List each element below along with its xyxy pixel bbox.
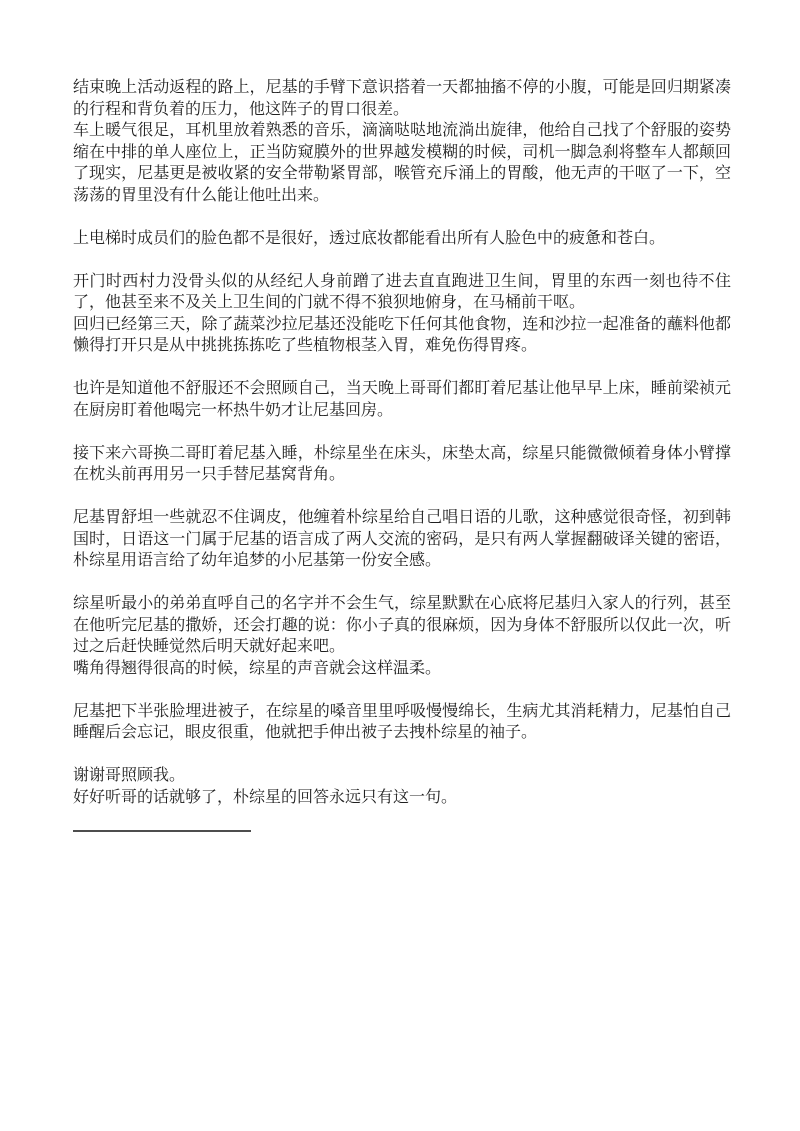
paragraph: 综星听最小的弟弟直呼自己的名字并不会生气，综星默默在心底将尼基归入家人的行列，甚… <box>73 593 731 658</box>
text-block: 接下来六哥换二哥盯着尼基入睡，朴综星坐在床头，床垫太高，综星只能微微倾着身体小臂… <box>73 443 731 486</box>
document-body: 结束晚上活动返程的路上，尼基的手臂下意识搭着一天都抽搐不停的小腹，可能是回归期紧… <box>73 77 731 832</box>
paragraph: 结束晚上活动返程的路上，尼基的手臂下意识搭着一天都抽搐不停的小腹，可能是回归期紧… <box>73 77 731 120</box>
section-divider <box>73 830 251 832</box>
text-block: 谢谢哥照顾我。 好好听哥的话就够了，朴综星的回答永远只有这一句。 <box>73 765 731 808</box>
document-page: 结束晚上活动返程的路上，尼基的手臂下意识搭着一天都抽搐不停的小腹，可能是回归期紧… <box>0 0 800 1131</box>
paragraph: 开门时西村力没骨头似的从经纪人身前蹭了进去直直跑进卫生间，胃里的东西一刻也待不住… <box>73 271 731 314</box>
paragraph: 接下来六哥换二哥盯着尼基入睡，朴综星坐在床头，床垫太高，综星只能微微倾着身体小臂… <box>73 443 731 486</box>
paragraph: 回归已经第三天，除了蔬菜沙拉尼基还没能吃下任何其他食物，连和沙拉一起准备的蘸料他… <box>73 314 731 357</box>
paragraph: 谢谢哥照顾我。 <box>73 765 731 787</box>
text-block: 也许是知道他不舒服还不会照顾自己，当天晚上哥哥们都盯着尼基让他早早上床，睡前梁祯… <box>73 378 731 421</box>
text-block: 开门时西村力没骨头似的从经纪人身前蹭了进去直直跑进卫生间，胃里的东西一刻也待不住… <box>73 271 731 357</box>
text-block: 尼基把下半张脸埋进被子，在综星的嗓音里里呼吸慢慢绵长，生病尤其消耗精力，尼基怕自… <box>73 701 731 744</box>
text-block: 结束晚上活动返程的路上，尼基的手臂下意识搭着一天都抽搐不停的小腹，可能是回归期紧… <box>73 77 731 206</box>
paragraph: 也许是知道他不舒服还不会照顾自己，当天晚上哥哥们都盯着尼基让他早早上床，睡前梁祯… <box>73 378 731 421</box>
text-block: 上电梯时成员们的脸色都不是很好，透过底妆都能看出所有人脸色中的疲惫和苍白。 <box>73 228 731 250</box>
text-block: 综星听最小的弟弟直呼自己的名字并不会生气，综星默默在心底将尼基归入家人的行列，甚… <box>73 593 731 679</box>
paragraph: 尼基胃舒坦一些就忍不住调皮，他缠着朴综星给自己唱日语的儿歌，这种感觉很奇怪，初到… <box>73 507 731 572</box>
paragraph: 车上暖气很足，耳机里放着熟悉的音乐，滴滴哒哒地流淌出旋律，他给自己找了个舒服的姿… <box>73 120 731 206</box>
paragraph: 嘴角得翘得很高的时候，综星的声音就会这样温柔。 <box>73 658 731 680</box>
paragraph: 好好听哥的话就够了，朴综星的回答永远只有这一句。 <box>73 787 731 809</box>
paragraph: 尼基把下半张脸埋进被子，在综星的嗓音里里呼吸慢慢绵长，生病尤其消耗精力，尼基怕自… <box>73 701 731 744</box>
text-block: 尼基胃舒坦一些就忍不住调皮，他缠着朴综星给自己唱日语的儿歌，这种感觉很奇怪，初到… <box>73 507 731 572</box>
paragraph: 上电梯时成员们的脸色都不是很好，透过底妆都能看出所有人脸色中的疲惫和苍白。 <box>73 228 731 250</box>
